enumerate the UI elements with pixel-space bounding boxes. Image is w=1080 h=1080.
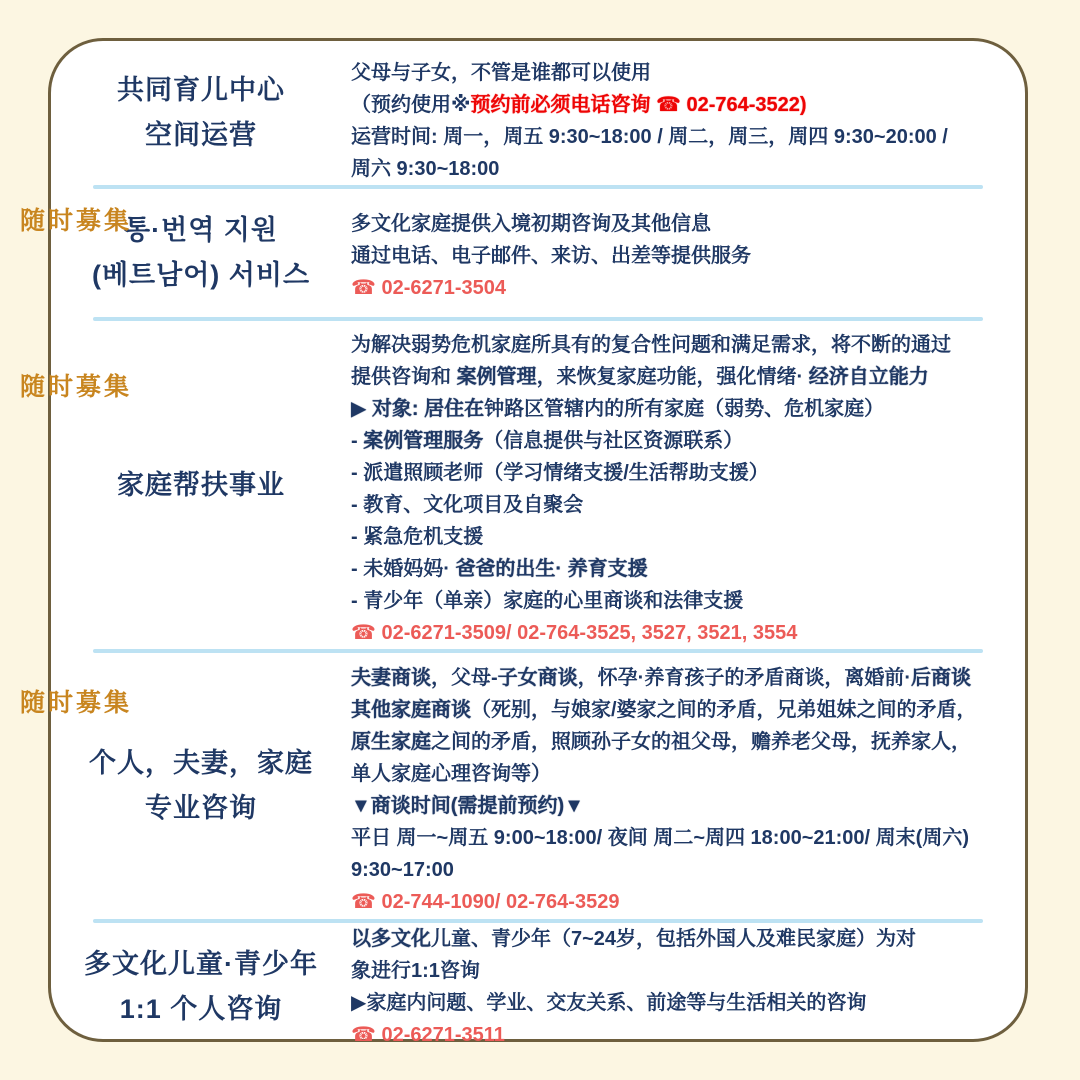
text-segment: ，来恢复家庭功能，强化情绪· <box>537 366 809 388</box>
section-body-line: - 教育、文化项目及自聚会 <box>351 489 999 521</box>
recruit-badge: 随时募集 <box>20 201 132 237</box>
text-segment: 单人家庭心理咨询等） <box>351 763 551 785</box>
services-card: 共同育儿中心空间运营父母与子女，不管是谁都可以使用（预约使用※预约前必须电话咨询… <box>48 38 1028 1042</box>
section-body: 多文化家庭提供入境初期咨询及其他信息通过电话、电子邮件、来访、出差等提供服务☎ … <box>351 189 1025 317</box>
section-body-line: - 紧急危机支援 <box>351 521 999 553</box>
section-title-line: 专业咨询 <box>145 786 257 831</box>
section-title-line: 多文化儿童·青少年 <box>84 942 318 987</box>
text-segment: - 未婚妈妈· <box>351 558 455 580</box>
text-segment: 之间的矛盾，照顾孙子女的祖父母，赡养老父母，抚养家人， <box>431 731 971 753</box>
text-segment: - 紧急危机支援 <box>351 526 483 548</box>
section-title-line: 空间运营 <box>145 113 257 158</box>
section-body: 以多文化儿童、青少年（7~24岁，包括外国人及难民家庭）为对象进行1:1咨询▶家… <box>351 923 1025 1051</box>
section-body-line: 通过电话、电子邮件、来访、出差等提供服务 <box>351 240 999 272</box>
text-segment: （死别，与娘家/婆家之间的矛盾，兄弟姐妹之间的矛盾， <box>471 699 977 721</box>
section-personal-couple-family-counseling: 随时募集个人，夫妻，家庭专业咨询夫妻商谈，父母-子女商谈，怀孕·养育孩子的矛盾商… <box>51 653 1025 919</box>
section-title-line: 家庭帮扶事业 <box>117 463 285 508</box>
section-body: 夫妻商谈，父母-子女商谈，怀孕·养育孩子的矛盾商谈，离婚前·后商谈其他家庭商谈（… <box>351 653 1025 919</box>
text-segment: 钟路区管辖内的所有家庭（弱势、危机家庭） <box>484 398 884 420</box>
section-body-line: 运营时间: 周一，周五 9:30~18:00 / 周二，周三，周四 9:30~2… <box>351 121 999 153</box>
text-segment: ▼商谈时间(需提前预约)▼ <box>351 795 584 817</box>
text-segment: 案例管理服务 <box>363 430 483 452</box>
service-flyer: 共同育儿中心空间运营父母与子女，不管是谁都可以使用（预约使用※预约前必须电话咨询… <box>0 0 1080 1080</box>
recruit-badge: 随时募集 <box>20 367 132 403</box>
section-body-line: 为解决弱势危机家庭所具有的复合性问题和满足需求，将不断的通过 <box>351 329 999 361</box>
section-body-line: ▶家庭内问题、学业、交友关系、前途等与生活相关的咨询 <box>351 987 999 1019</box>
text-segment: 其他家庭商谈 <box>351 699 471 721</box>
section-body-line: 单人家庭心理咨询等） <box>351 758 999 790</box>
text-segment: 后商谈 <box>911 667 971 689</box>
section-family-support-program: 随时募集家庭帮扶事业为解决弱势危机家庭所具有的复合性问题和满足需求，将不断的通过… <box>51 321 1025 649</box>
text-segment: ，父母- <box>431 667 498 689</box>
section-body-line: 父母与子女，不管是谁都可以使用 <box>351 57 999 89</box>
text-segment: 爸爸的出生· 养育支援 <box>455 558 647 580</box>
text-segment: 周六 9:30~18:00 <box>351 158 499 180</box>
section-interpretation-translation-service: 随时募集통·번역 지원(베트남어) 서비스多文化家庭提供入境初期咨询及其他信息通… <box>51 189 1025 317</box>
text-segment: ▶ 对象: 居住在 <box>351 398 484 420</box>
section-title-line: 共同育儿中心 <box>117 68 285 113</box>
section-body-line: ▶ 对象: 居住在钟路区管辖内的所有家庭（弱势、危机家庭） <box>351 393 999 425</box>
sections-mount: 共同育儿中心空间运营父母与子女，不管是谁都可以使用（预约使用※预约前必须电话咨询… <box>51 41 1025 1039</box>
section-body-line: 提供咨询和 案例管理，来恢复家庭功能，强化情绪· 经济自立能力 <box>351 361 999 393</box>
section-body-line: ☎ 02-6271-3511 <box>351 1019 999 1051</box>
section-body-line: 其他家庭商谈（死别，与娘家/婆家之间的矛盾，兄弟姐妹之间的矛盾， <box>351 694 999 726</box>
phone-number: ☎ 02-764-3522) <box>650 94 806 116</box>
section-body-line: ▼商谈时间(需提前预约)▼ <box>351 790 999 822</box>
section-body-line: - 案例管理服务（信息提供与社区资源联系） <box>351 425 999 457</box>
section-title-line: (베트남어) 서비스 <box>92 253 310 298</box>
section-body-line: （预约使用※预约前必须电话咨询 ☎ 02-764-3522) <box>351 89 999 121</box>
section-body-line: 9:30~17:00 <box>351 854 999 886</box>
section-body-line: - 未婚妈妈· 爸爸的出生· 养育支援 <box>351 553 999 585</box>
text-segment: 子女商谈 <box>498 667 578 689</box>
section-body-line: ☎ 02-6271-3509/ 02-764-3525, 3527, 3521,… <box>351 617 999 649</box>
section-body: 父母与子女，不管是谁都可以使用（预约使用※预约前必须电话咨询 ☎ 02-764-… <box>351 41 1025 185</box>
text-segment: - 教育、文化项目及自聚会 <box>351 494 583 516</box>
section-body-line: 多文化家庭提供入境初期咨询及其他信息 <box>351 208 999 240</box>
text-segment: 多文化家庭提供入境初期咨询及其他信息 <box>351 213 711 235</box>
phone-number: ☎ 02-6271-3509/ 02-764-3525, 3527, 3521,… <box>351 622 797 644</box>
section-title-line: 1:1 个人咨询 <box>120 987 283 1032</box>
text-segment: ，怀孕·养育孩子的矛盾商谈，离婚前· <box>578 667 911 689</box>
text-segment: ▶家庭内问题、学业、交友关系、前途等与生活相关的咨询 <box>351 992 866 1014</box>
text-segment: 运营时间: 周一，周五 9:30~18:00 / 周二，周三，周四 9:30~2… <box>351 126 948 148</box>
section-multicultural-youth-counseling: 多文化儿童·青少年1:1 个人咨询以多文化儿童、青少年（7~24岁，包括外国人及… <box>51 923 1025 1051</box>
text-segment: （信息提供与社区资源联系） <box>483 430 743 452</box>
phone-number: ☎ 02-6271-3504 <box>351 277 506 299</box>
text-segment: - 青少年（单亲）家庭的心里商谈和法律支援 <box>351 590 743 612</box>
section-body-line: 平日 周一~周五 9:00~18:00/ 夜间 周二~周四 18:00~21:0… <box>351 822 999 854</box>
text-segment: 儿童、青少年（7~24岁，包括外国人及难民家庭）为对 <box>431 928 916 950</box>
section-title: 多文化儿童·青少年1:1 个人咨询 <box>51 923 351 1051</box>
phone-number: ☎ 02-744-1090/ 02-764-3529 <box>351 891 619 913</box>
text-segment: 以多文化 <box>351 928 431 950</box>
section-title-line: 个人，夫妻，家庭 <box>89 741 313 786</box>
text-segment: 提供咨询和 <box>351 366 457 388</box>
section-title-line: 통·번역 지원 <box>124 208 278 253</box>
text-segment: 平日 周一~周五 9:00~18:00/ 夜间 周二~周四 18:00~21:0… <box>351 827 969 849</box>
text-segment: 预约前必须电话咨询 <box>470 94 650 116</box>
text-segment: 夫妻商谈 <box>351 667 431 689</box>
text-segment: （预约使用※ <box>351 94 470 116</box>
section-body-line: ☎ 02-6271-3504 <box>351 272 999 304</box>
section-body-line: - 青少年（单亲）家庭的心里商谈和法律支援 <box>351 585 999 617</box>
section-body-line: 周六 9:30~18:00 <box>351 153 999 185</box>
phone-number: ☎ 02-6271-3511 <box>351 1024 505 1046</box>
text-segment: 原生家庭 <box>351 731 431 753</box>
section-body-line: ☎ 02-744-1090/ 02-764-3529 <box>351 886 999 918</box>
text-segment: 9:30~17:00 <box>351 859 454 881</box>
text-segment: 象进行1:1咨询 <box>351 960 480 982</box>
text-segment: 为解决弱势危机家庭所具有的复合性问题和满足需求，将不断的通过 <box>351 334 951 356</box>
recruit-badge: 随时募集 <box>20 683 132 719</box>
text-segment: 父母与子女，不管是谁都可以使用 <box>351 62 651 84</box>
text-segment: - 派遣照顾老师（学习情绪支援/生活帮助支援） <box>351 462 769 484</box>
section-co-parenting-space: 共同育儿中心空间运营父母与子女，不管是谁都可以使用（预约使用※预约前必须电话咨询… <box>51 41 1025 185</box>
text-segment: 案例管理 <box>457 366 537 388</box>
section-body-line: - 派遣照顾老师（学习情绪支援/生活帮助支援） <box>351 457 999 489</box>
text-segment: 经济自立能力 <box>809 366 929 388</box>
section-body: 为解决弱势危机家庭所具有的复合性问题和满足需求，将不断的通过提供咨询和 案例管理… <box>351 321 1025 649</box>
text-segment: 通过电话、电子邮件、来访、出差等提供服务 <box>351 245 751 267</box>
section-body-line: 原生家庭之间的矛盾，照顾孙子女的祖父母，赡养老父母，抚养家人， <box>351 726 999 758</box>
section-body-line: 夫妻商谈，父母-子女商谈，怀孕·养育孩子的矛盾商谈，离婚前·后商谈 <box>351 662 999 694</box>
section-title: 共同育儿中心空间运营 <box>51 41 351 185</box>
section-body-line: 以多文化儿童、青少年（7~24岁，包括外国人及难民家庭）为对 <box>351 923 999 955</box>
text-segment: - <box>351 430 363 452</box>
section-body-line: 象进行1:1咨询 <box>351 955 999 987</box>
